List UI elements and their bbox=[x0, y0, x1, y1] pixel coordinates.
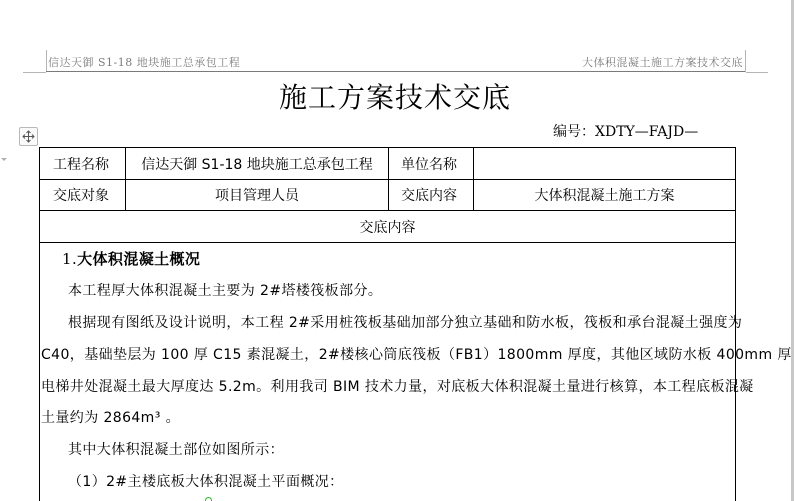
paragraph-line: C40，基础垫层为 100 厚 C15 素混凝土，2#楼核心筒底筏板（FB1）1… bbox=[41, 344, 794, 364]
figure-anchor-mark bbox=[205, 497, 212, 501]
table-move-handle[interactable] bbox=[19, 127, 38, 146]
paragraph-line: 土量约为 2864m³ 。 bbox=[41, 407, 180, 427]
header-document-name: 大体积混凝土施工方案技术交底 bbox=[582, 54, 743, 70]
unit-name-value[interactable] bbox=[474, 148, 735, 179]
section-header: 交底内容 bbox=[40, 211, 735, 242]
header-project-name: 信达天御 S1-18 地块施工总承包工程 bbox=[48, 54, 240, 70]
briefing-table: 工程名称 信达天御 S1-18 地块施工总承包工程 单位名称 交底对象 项目管理… bbox=[39, 147, 736, 501]
paragraph-line: 电梯井处混凝土最大厚度达 5.2m。利用我司 BIM 技术力量，对底板大体积混凝… bbox=[41, 376, 754, 396]
briefing-topic-value[interactable]: 大体积混凝土施工方案 bbox=[474, 180, 735, 210]
section-heading: 1.大体积混凝土概况 bbox=[62, 248, 200, 269]
page-title: 施工方案技术交底 bbox=[0, 76, 790, 116]
move-cross-arrows-icon bbox=[22, 130, 35, 143]
document-page: 信达天御 S1-18 地块施工总承包工程 大体积混凝土施工方案技术交底 施工方案… bbox=[0, 0, 794, 501]
paragraph-line: 根据现有图纸及设计说明，本工程 2#采用桩筏板基础加部分独立基础和防水板，筏板和… bbox=[68, 312, 742, 332]
header-corner-mark-left bbox=[46, 50, 47, 72]
briefing-target-value[interactable]: 项目管理人员 bbox=[126, 180, 389, 210]
paragraph-line: 其中大体积混凝土部位如图所示： bbox=[68, 439, 284, 459]
header-corner-mark-left-h bbox=[23, 72, 46, 73]
document-number-value: XDTY—FAJD— bbox=[595, 124, 698, 140]
triangle-down-icon bbox=[1, 158, 7, 161]
table-row: 交底对象 项目管理人员 交底内容 大体积混凝土施工方案 bbox=[40, 180, 735, 211]
table-row: 工程名称 信达天御 S1-18 地块施工总承包工程 单位名称 bbox=[40, 148, 735, 180]
heading-number: 1. bbox=[62, 250, 77, 268]
unit-name-label: 单位名称 bbox=[389, 148, 474, 179]
paragraph-line: （1）2#主楼底板大体积混凝土平面概况： bbox=[68, 471, 344, 491]
briefing-topic-label: 交底内容 bbox=[389, 180, 474, 210]
briefing-target-label: 交底对象 bbox=[40, 180, 126, 210]
header-corner-mark-right bbox=[745, 50, 746, 72]
document-number-label: 编号： bbox=[553, 124, 595, 140]
project-name-value[interactable]: 信达天御 S1-18 地块施工总承包工程 bbox=[126, 148, 389, 179]
header-corner-mark-right-h bbox=[746, 72, 768, 73]
header-rule bbox=[46, 71, 745, 72]
paragraph-line: 本工程厚大体积混凝土主要为 2#塔楼筏板部分。 bbox=[68, 280, 382, 300]
project-name-label: 工程名称 bbox=[40, 148, 126, 179]
heading-text: 大体积混凝土概况 bbox=[77, 250, 200, 268]
table-section-header-row: 交底内容 bbox=[40, 211, 735, 243]
document-number: 编号：XDTY—FAJD— bbox=[553, 121, 698, 141]
